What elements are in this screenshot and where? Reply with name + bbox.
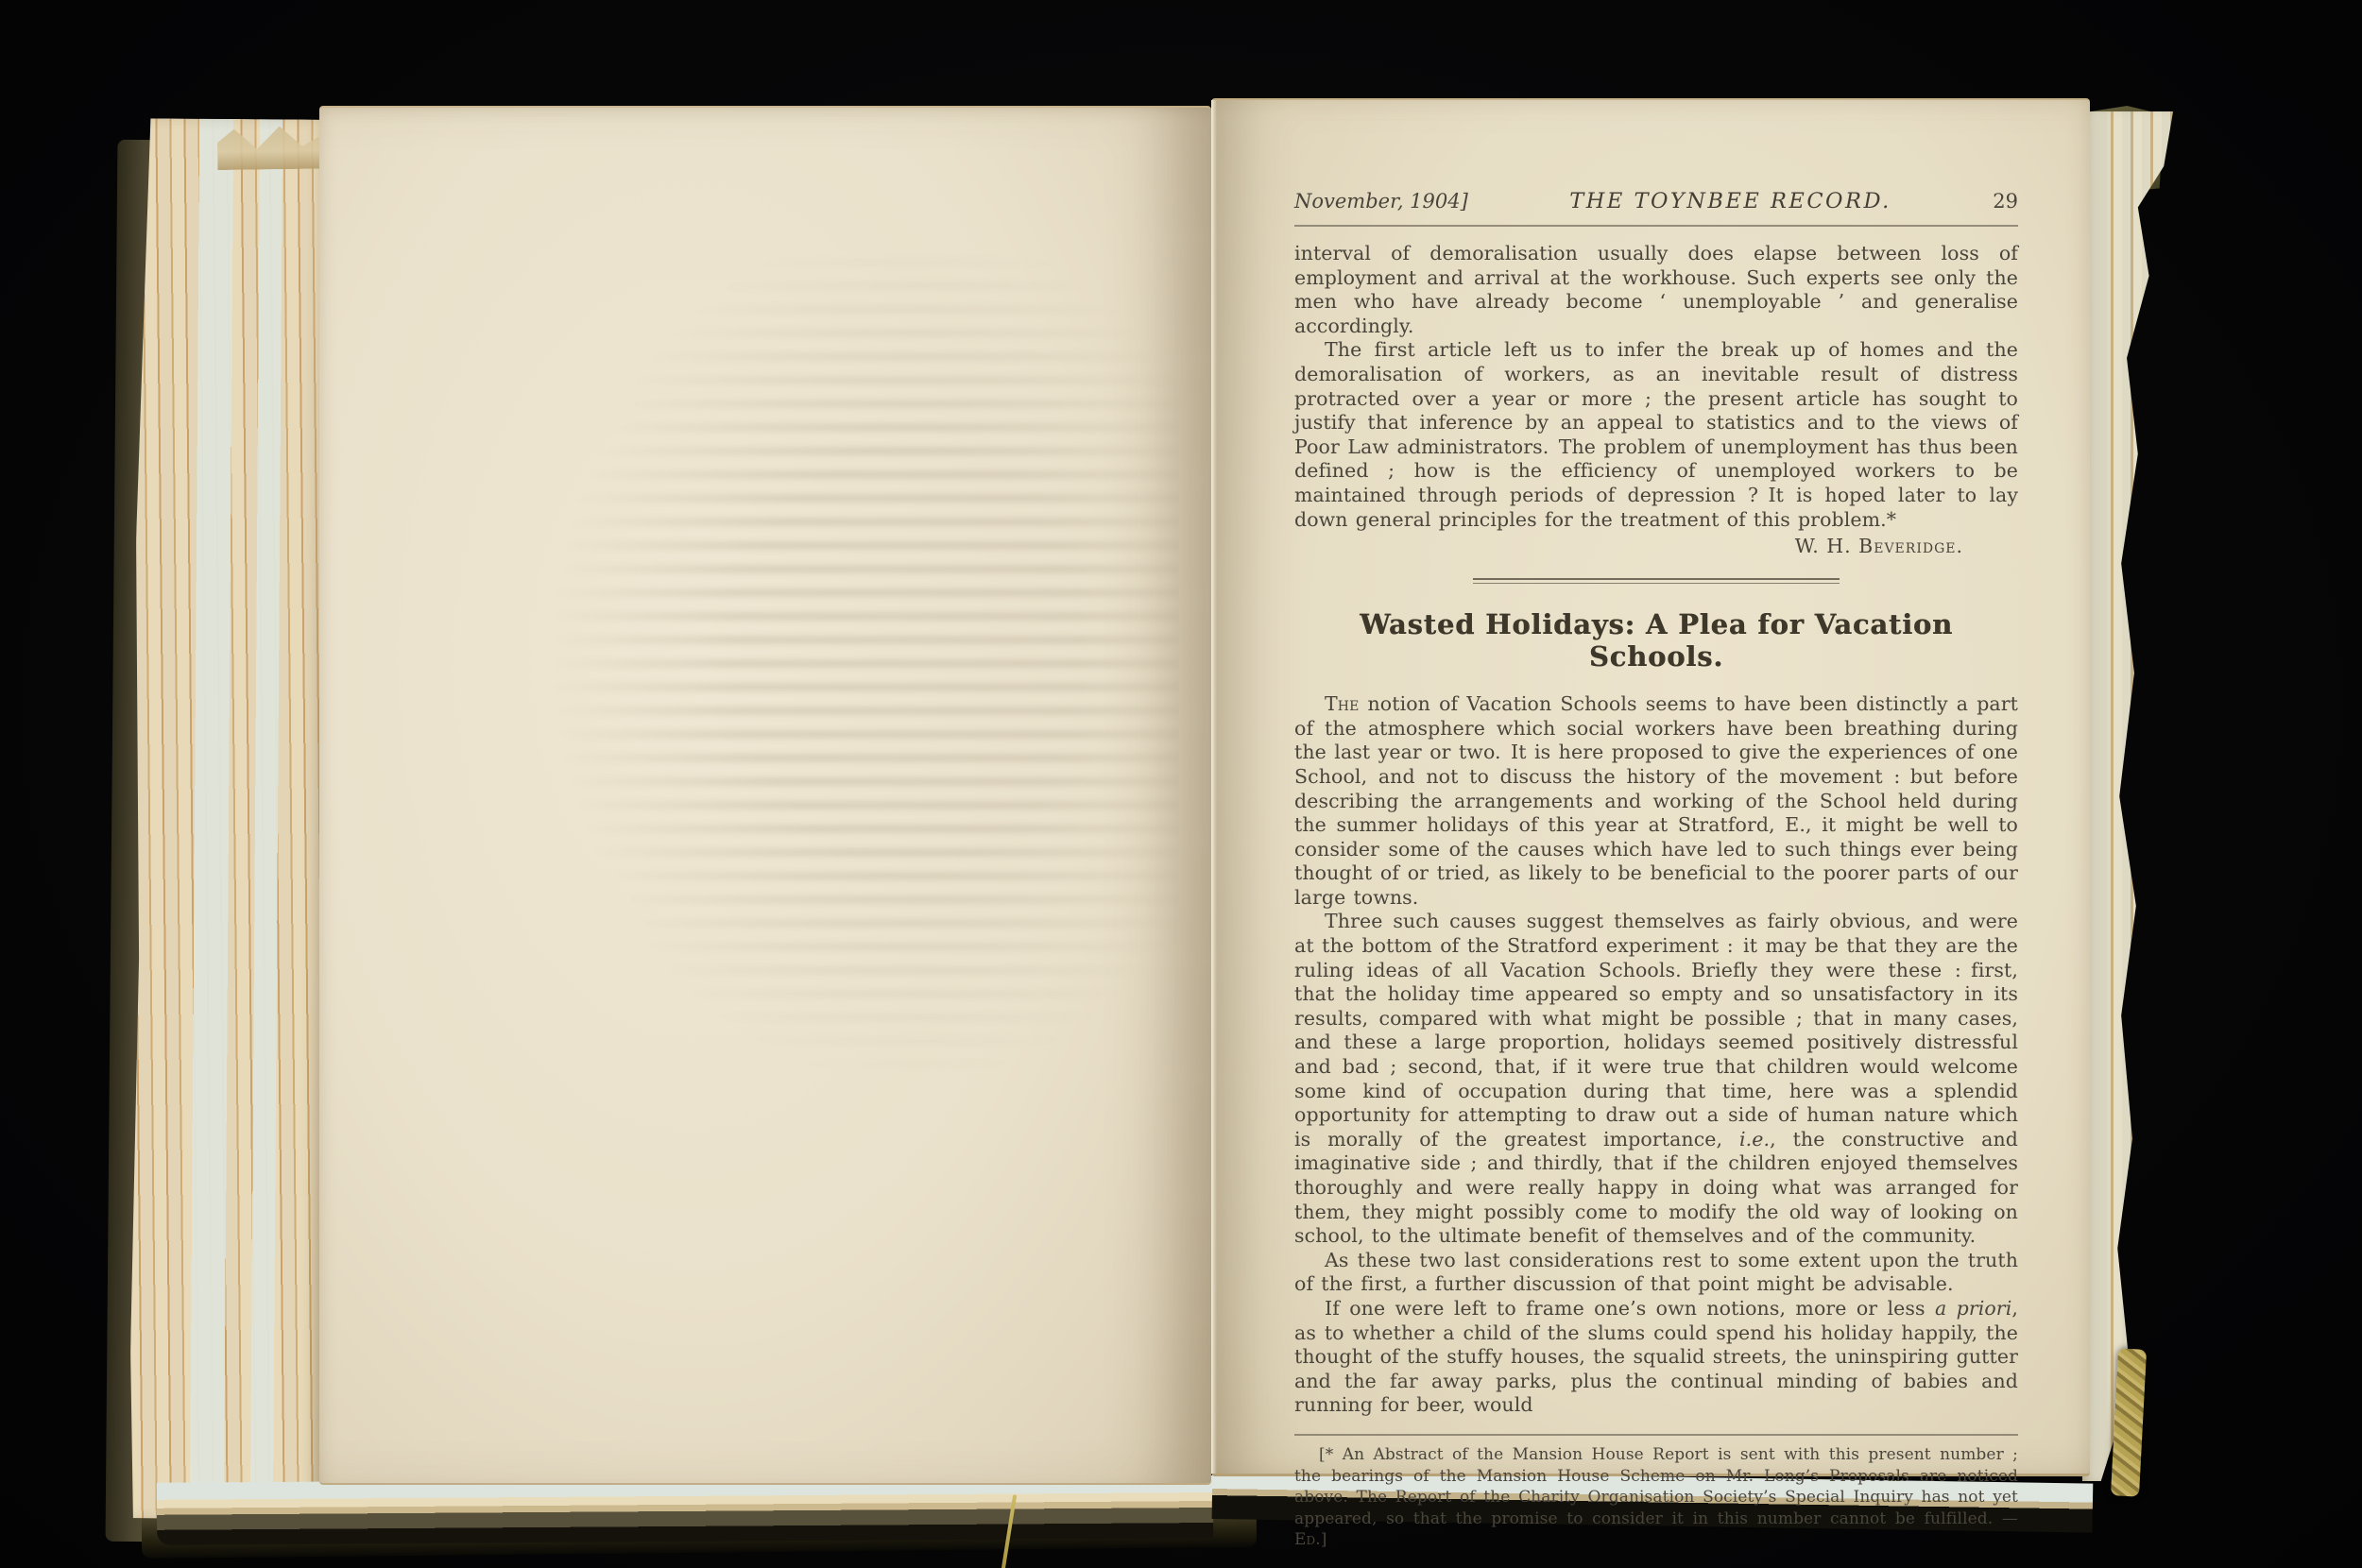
- left-page-blank: [319, 106, 1211, 1485]
- text-segment: a priori: [1935, 1297, 2011, 1320]
- paragraph: The first article left us to infer the b…: [1294, 338, 2018, 532]
- author-signature: W. H. Beveridge.: [1294, 535, 2018, 557]
- article-title: Wasted Holidays: A Plea for Vacation Sch…: [1294, 608, 2018, 673]
- running-header: November, 1904] THE TOYNBEE RECORD. 29: [1294, 189, 2018, 213]
- text-segment: [* An Abstract of the Mansion House Repo…: [1294, 1445, 2018, 1528]
- footnote-rule: [1294, 1434, 2018, 1436]
- paragraph: If one were left to frame one’s own noti…: [1294, 1297, 2018, 1418]
- text-segment: ]: [1321, 1530, 1327, 1549]
- text-segment: The first article left us to infer the b…: [1294, 338, 2018, 530]
- vacation-schools-article-body: The notion of Vacation Schools seems to …: [1294, 692, 2018, 1418]
- text-segment: If one were left to frame one’s own noti…: [1325, 1297, 1935, 1320]
- bottom-page-edges-left: [157, 1475, 1213, 1545]
- header-issue-date: November, 1904]: [1294, 190, 1468, 213]
- text-segment: The: [1325, 692, 1359, 715]
- bleed-through-text: [461, 249, 1179, 1213]
- left-page-edge-stack: [129, 118, 332, 1519]
- text-segment: Ed.: [1294, 1530, 1321, 1549]
- header-page-number: 29: [1993, 190, 2018, 213]
- text-segment: As these two last considerations rest to…: [1294, 1249, 2018, 1296]
- right-page: November, 1904] THE TOYNBEE RECORD. 29 i…: [1211, 98, 2090, 1476]
- text-segment: i.e.: [1739, 1128, 1770, 1150]
- paragraph: [* An Abstract of the Mansion House Repo…: [1294, 1444, 2018, 1551]
- paragraph: interval of demoralisation usually does …: [1294, 242, 2018, 338]
- printed-content: November, 1904] THE TOYNBEE RECORD. 29 i…: [1294, 189, 2018, 1417]
- book-photograph: November, 1904] THE TOYNBEE RECORD. 29 i…: [0, 0, 2362, 1568]
- header-journal-title: THE TOYNBEE RECORD.: [1468, 189, 1993, 213]
- text-segment: interval of demoralisation usually does …: [1294, 242, 2018, 337]
- torn-fore-edge-right: [2082, 111, 2175, 1481]
- unemployment-article-end: interval of demoralisation usually does …: [1294, 242, 2018, 532]
- text-segment: notion of Vacation Schools seems to have…: [1294, 692, 2018, 909]
- paragraph: As these two last considerations rest to…: [1294, 1249, 2018, 1297]
- section-divider-rule: [1473, 578, 1840, 584]
- paragraph: The notion of Vacation Schools seems to …: [1294, 692, 2018, 910]
- text-segment: Three such causes suggest themselves as …: [1294, 910, 2018, 1150]
- header-rule: [1294, 225, 2018, 227]
- editor-footnote: [* An Abstract of the Mansion House Repo…: [1294, 1444, 2018, 1551]
- paragraph: Three such causes suggest themselves as …: [1294, 910, 2018, 1248]
